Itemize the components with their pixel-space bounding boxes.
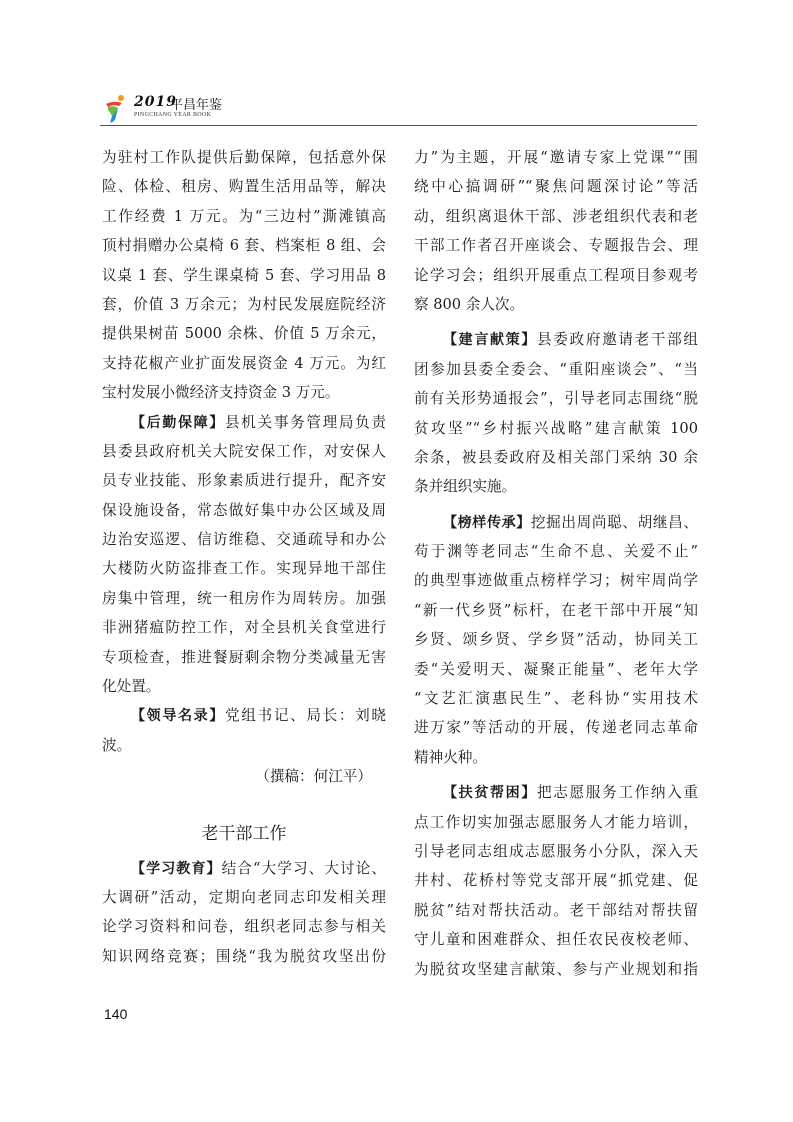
paragraph-continued: 为驻村工作队提供后勤保障，包括意外保 险、体检、租房、购置生活用品等，解决 工作…	[102, 143, 386, 408]
text-line: 精神火种。	[414, 743, 698, 772]
paragraph-advice: 【建言献策】县委政府邀请老干部组 团参加县委全委会、“重阳座谈会”、“当 前有关…	[414, 325, 698, 501]
text-line: 党组书记、局长：刘晓	[225, 707, 386, 724]
text-line: 化处置。	[102, 672, 386, 701]
text-line: 干部工作者召开座谈会、专题报告会、理	[414, 231, 698, 260]
text-line: 井村、花桥村等党支部开展“抓党建、促	[414, 866, 698, 895]
text-line: 团参加县委全委会、“重阳座谈会”、“当	[414, 355, 698, 384]
text-line: 险、体检、租房、购置生活用品等，解决	[102, 172, 386, 201]
paragraph-role-models: 【榜样传承】挖掘出周尚聪、胡继昌、 苟于渊等老同志“生命不息、关爱不止” 的典型…	[414, 508, 698, 773]
left-column: 为驻村工作队提供后勤保障，包括意外保 险、体检、租房、购置生活用品等，解决 工作…	[102, 143, 386, 971]
text-line: 房集中管理，统一租房作为周转房。加强	[102, 584, 386, 613]
text-line: “新一代乡贤”标杆，在老干部中开展“知	[414, 596, 698, 625]
text-line: 力”为主题，开展“邀请专家上党课”“围	[414, 143, 698, 172]
text-line: 边治安巡逻、信访维稳、交通疏导和办公	[102, 525, 386, 554]
text-line: 知识网络竞赛；围绕“我为脱贫攻坚出份	[102, 942, 386, 971]
text-line: 把志愿服务工作纳入重	[537, 784, 698, 801]
paragraph-poverty: 【扶贫帮困】把志愿服务工作纳入重 点工作切实加强志愿服务人才能力培训， 引导老同…	[414, 778, 698, 984]
text-line: 守儿童和困难群众、担任农民夜校老师、	[414, 925, 698, 954]
section-tag-role-models: 【榜样传承】	[443, 515, 531, 531]
text-line: 工作经费 1 万元。为“三边村”澌滩镇高	[102, 202, 386, 231]
text-line: 非洲猪瘟防控工作，对全县机关食堂进行	[102, 613, 386, 642]
byline: （撰稿：何江平）	[102, 762, 386, 791]
section-tag-study: 【学习教育】	[131, 861, 222, 877]
text-line: 大楼防火防盗排查工作。实现异地干部住	[102, 554, 386, 583]
text-line: 贫攻坚”“乡村振兴战略”建言献策 100	[414, 414, 698, 443]
text-line: 论学习资料和问卷，组织老同志参与相关	[102, 912, 386, 941]
text-line: 条并组织实施。	[414, 472, 698, 501]
section-tag-leaders: 【领导名录】	[131, 708, 225, 724]
right-column: 力”为主题，开展“邀请专家上党课”“围 绕中心搞调研”“聚焦问题深讨论”等活 动…	[414, 143, 698, 984]
header-subtitle: PINGCHANG YEAR BOOK	[134, 112, 211, 118]
text-line: 员专业技能、形象素质进行提升，配齐安	[102, 466, 386, 495]
section-heading: 老干部工作	[102, 814, 386, 854]
text-line: 大调研”活动，定期向老同志印发相关理	[102, 883, 386, 912]
text-line: 保设施设备，常态做好集中办公区域及周	[102, 496, 386, 525]
text-line: 绕中心搞调研”“聚焦问题深讨论”等活	[414, 172, 698, 201]
text-line: 的典型事迹做重点榜样学习；树牢周尚学	[414, 566, 698, 595]
text-line: 议桌 1 套、学生课桌椅 5 套、学习用品 8	[102, 261, 386, 290]
text-line: 委“关爱明天、凝聚正能量”、老年大学	[414, 655, 698, 684]
text-line: 论学习会；组织开展重点工程项目参观考	[414, 261, 698, 290]
text-line: 结合“大学习、大讨论、	[222, 860, 386, 877]
text-line: 专项检查，推进餐厨剩余物分类减量无害	[102, 643, 386, 672]
text-line: 点工作切实加强志愿服务人才能力培训，	[414, 808, 698, 837]
paragraph-continued: 力”为主题，开展“邀请专家上党课”“围 绕中心搞调研”“聚焦问题深讨论”等活 动…	[414, 143, 698, 319]
text-line: 察 800 余人次。	[414, 290, 698, 319]
text-line: 县机关事务管理局负责	[225, 414, 386, 431]
text-line: 顶村捐赠办公桌椅 6 套、档案柜 8 组、会	[102, 231, 386, 260]
text-line: 苟于渊等老同志“生命不息、关爱不止”	[414, 537, 698, 566]
section-tag-advice: 【建言献策】	[443, 332, 537, 348]
text-line: 进万家”等活动的开展，传递老同志革命	[414, 713, 698, 742]
paragraph-study: 【学习教育】结合“大学习、大讨论、 大调研”活动，定期向老同志印发相关理 论学习…	[102, 854, 386, 972]
section-tag-poverty: 【扶贫帮困】	[443, 785, 537, 801]
text-line: 脱贫”结对帮扶活动。老干部结对帮扶留	[414, 896, 698, 925]
paragraph-logistics: 【后勤保障】县机关事务管理局负责 县委县政府机关大院安保工作，对安保人 员专业技…	[102, 408, 386, 702]
pingchang-logo-icon	[102, 94, 128, 124]
text-line: 引导老同志组成志愿服务小分队，深入天	[414, 837, 698, 866]
text-line: “文艺汇演惠民生”、老科协“实用技术	[414, 684, 698, 713]
text-line: 余条，被县委政府及相关部门采纳 30 余	[414, 443, 698, 472]
text-line: 为驻村工作队提供后勤保障，包括意外保	[102, 143, 386, 172]
text-line: 乡贤、颂乡贤、学乡贤”活动，协同关工	[414, 625, 698, 654]
header-rule	[100, 125, 697, 126]
paragraph-leaders: 【领导名录】党组书记、局长：刘晓 波。	[102, 701, 386, 760]
header-title: 平昌年鉴	[170, 94, 222, 113]
text-line: 县委县政府机关大院安保工作，对安保人	[102, 437, 386, 466]
text-line: 为脱贫攻坚建言献策、参与产业规划和指	[414, 955, 698, 984]
text-line: 波。	[102, 731, 386, 760]
text-line: 前有关形势通报会”，引导老同志围绕“脱	[414, 384, 698, 413]
section-tag-logistics: 【后勤保障】	[131, 415, 225, 431]
text-line: 提供果树苗 5000 余株、价值 5 万余元，	[102, 319, 386, 348]
text-line: 宝村发展小微经济支持资金 3 万元。	[102, 378, 386, 407]
page-number: 140	[104, 1006, 127, 1022]
text-line: 挖掘出周尚聪、胡继昌、	[531, 514, 698, 531]
text-line: 套，价值 3 万余元；为村民发展庭院经济	[102, 290, 386, 319]
page-header: 2019 平昌年鉴 PINGCHANG YEAR BOOK	[100, 92, 697, 126]
text-line: 支持花椒产业扩面发展资金 4 万元。为红	[102, 349, 386, 378]
text-line: 县委政府邀请老干部组	[537, 331, 698, 348]
text-line: 动，组织离退休干部、涉老组织代表和老	[414, 202, 698, 231]
